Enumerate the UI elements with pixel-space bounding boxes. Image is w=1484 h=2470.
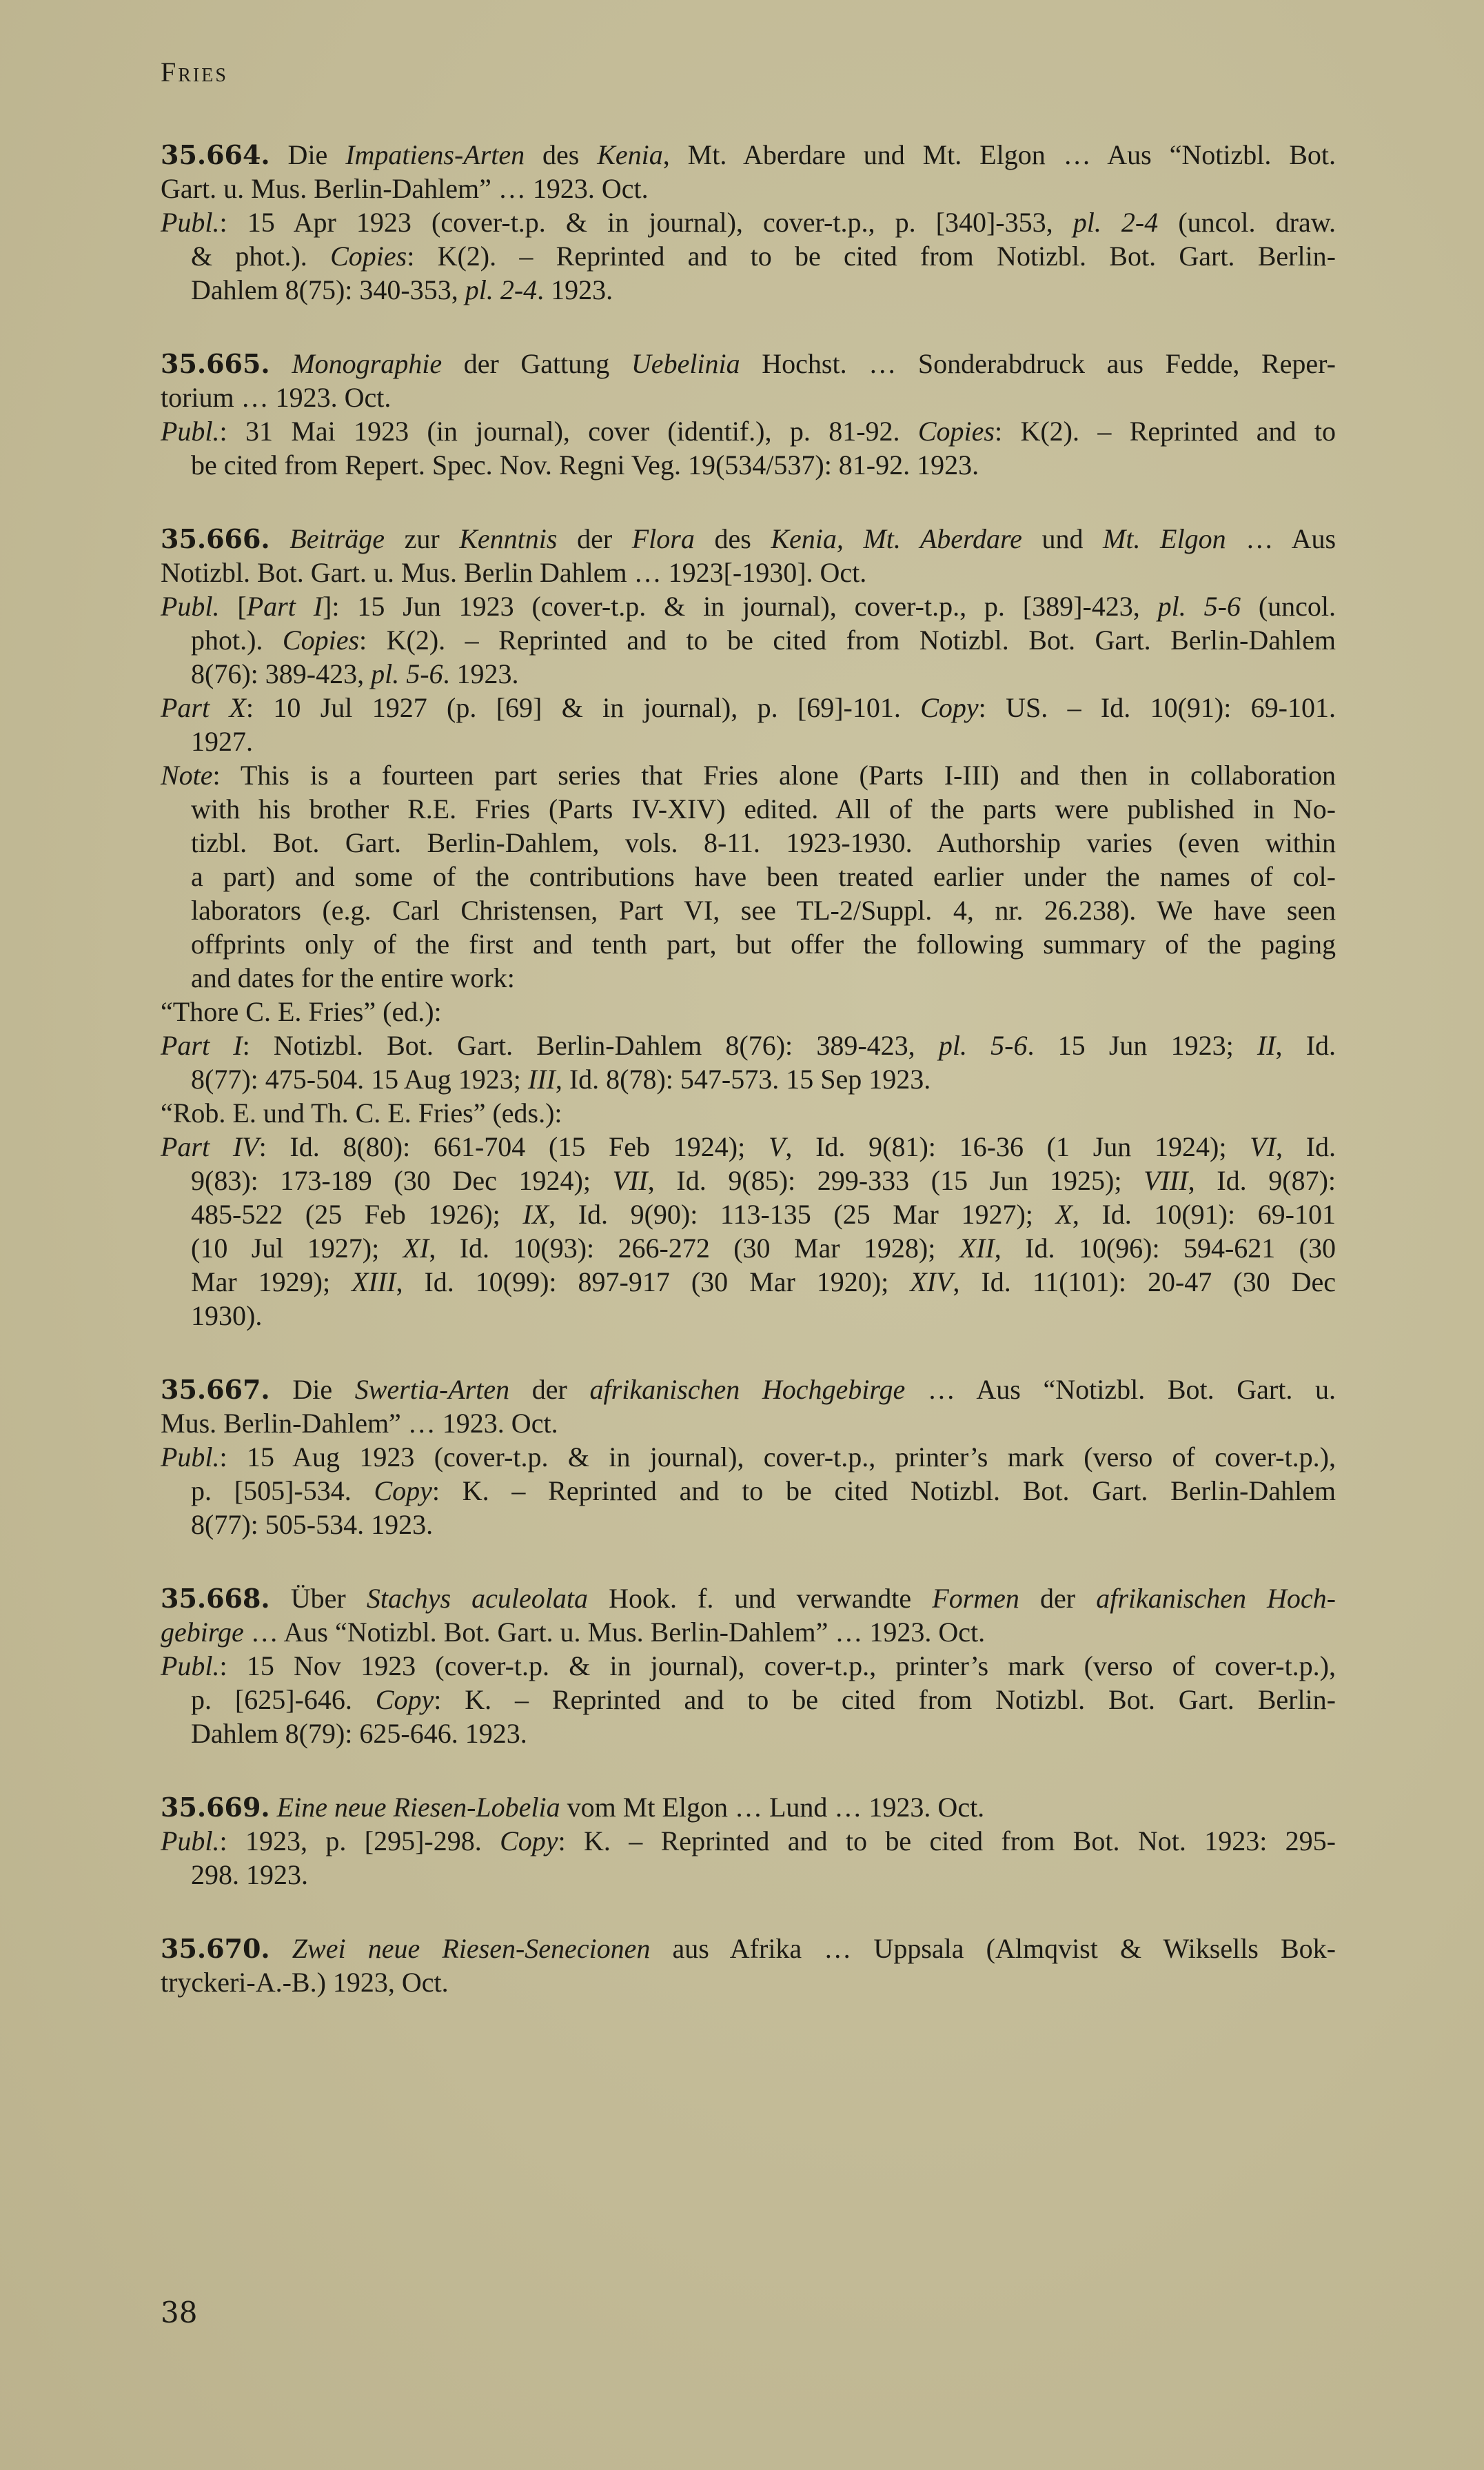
italic-text: XI — [403, 1233, 429, 1264]
italic-text: III — [528, 1064, 556, 1095]
text-run: offprints only of the first and tenth pa… — [191, 929, 1336, 960]
entry-line: Publ.: 15 Aug 1923 (cover-t.p. & in jour… — [161, 1440, 1336, 1474]
entry-line: 35.664. Die Impatiens-Arten des Kenia, M… — [161, 138, 1336, 172]
text-run: 9(83): 173-189 (30 Dec 1924); — [191, 1165, 613, 1196]
italic-text: Mt. Elgon — [1103, 523, 1226, 554]
italic-text: Publ. — [161, 1441, 220, 1472]
italic-text: Publ. — [161, 1650, 220, 1681]
entry-line: Publ. [Part I]: 15 Jun 1923 (cover-t.p. … — [161, 589, 1336, 623]
text-run: aus Afrika … Uppsala (Almqvist & Wiksell… — [650, 1933, 1336, 1964]
text-run — [270, 523, 290, 554]
italic-text: II — [1257, 1030, 1276, 1061]
entry-number: 35.664. — [161, 139, 270, 170]
text-run: and dates for the entire work: — [191, 962, 515, 993]
italic-text: Beiträge — [289, 523, 385, 554]
entry-line: gebirge … Aus “Notizbl. Bot. Gart. u. Mu… — [161, 1615, 1336, 1649]
italic-text: X — [1055, 1199, 1072, 1230]
text-run: der Gattung — [442, 348, 631, 379]
text-run: “Rob. E. und Th. C. E. Fries” (eds.): — [161, 1097, 562, 1128]
entry-line: (10 Jul 1927); XI, Id. 10(93): 266-272 (… — [161, 1231, 1336, 1265]
bibliography-entry: 35.669. Eine neue Riesen-Lobelia vom Mt … — [161, 1790, 1401, 1892]
text-run: (uncol. — [1241, 591, 1336, 622]
entry-number: 35.669. — [161, 1792, 270, 1823]
entry-line: tizbl. Bot. Gart. Berlin-Dahlem, vols. 8… — [161, 826, 1336, 860]
entry-line: Publ.: 31 Mai 1923 (in journal), cover (… — [161, 414, 1336, 448]
italic-text: Copies — [918, 416, 995, 447]
bibliography-entry: 35.668. Über Stachys aculeolata Hook. f.… — [161, 1581, 1401, 1750]
entry-line: offprints only of the first and tenth pa… — [161, 927, 1336, 961]
text-run — [270, 1933, 292, 1964]
text-run: : 15 Aug 1923 (cover-t.p. & in journal),… — [220, 1441, 1336, 1472]
italic-text: pl. 2-4 — [465, 274, 537, 305]
italic-text: pl. 2-4 — [1073, 207, 1159, 238]
entry-line: Publ.: 1923, p. [295]-298. Copy: K. – Re… — [161, 1824, 1336, 1858]
entry-line: be cited from Repert. Spec. Nov. Regni V… — [161, 448, 1336, 482]
text-run: Die — [270, 139, 346, 170]
italic-text: Swertia-Arten — [355, 1374, 509, 1405]
text-run: (10 Jul 1927); — [191, 1233, 403, 1264]
text-run: be cited from Repert. Spec. Nov. Regni V… — [191, 449, 979, 480]
italic-text: Zwei neue Riesen-Senecionen — [292, 1933, 651, 1964]
entry-line: & phot.). Copies: K(2). – Reprinted and … — [161, 239, 1336, 273]
text-run: : Id. 8(80): 661-704 (15 Feb 1924); — [259, 1131, 769, 1162]
text-run: der — [1019, 1583, 1096, 1614]
text-run: … Aus “Notizbl. Bot. Gart. u. Mus. Berli… — [244, 1617, 985, 1648]
italic-text: Publ. — [161, 1825, 220, 1856]
text-run: : US. – Id. 10(91): 69-101. — [979, 692, 1336, 723]
text-run: vom Mt Elgon … Lund … 1923. Oct. — [560, 1792, 985, 1823]
text-run: : This is a fourteen part series that Fr… — [213, 760, 1336, 791]
entry-line: 35.665. Monographie der Gattung Uebelini… — [161, 347, 1336, 381]
text-run: , Id. 9(85): 299-333 (15 Jun 1925); — [648, 1165, 1144, 1196]
italic-text: Part IV — [161, 1131, 259, 1162]
italic-text: Publ. — [161, 207, 220, 238]
entry-line: Note: This is a fourteen part series tha… — [161, 758, 1336, 792]
text-run: 8(76): 389-423, — [191, 658, 371, 689]
italic-text: IX — [522, 1199, 549, 1230]
entry-line: “Rob. E. und Th. C. E. Fries” (eds.): — [161, 1096, 1336, 1130]
text-run: , Mt. Aberdare und Mt. Elgon … Aus “Noti… — [663, 139, 1336, 170]
entry-line: 35.668. Über Stachys aculeolata Hook. f.… — [161, 1581, 1336, 1615]
text-run: , Id. 10(93): 266-272 (30 Mar 1928); — [429, 1233, 959, 1264]
text-run: : K. – Reprinted and to be cited from Bo… — [558, 1825, 1336, 1856]
entry-line: Notizbl. Bot. Gart. u. Mus. Berlin Dahle… — [161, 556, 1336, 589]
italic-text: Copy — [376, 1684, 434, 1715]
text-run: : 15 Nov 1923 (cover-t.p. & in journal),… — [220, 1650, 1336, 1681]
text-run: , Id. 9(87): — [1188, 1165, 1336, 1196]
text-run: Über — [270, 1583, 367, 1614]
text-run: Hochst. … Sonderabdruck aus Fedde, Reper… — [740, 348, 1336, 379]
entry-line: laborators (e.g. Carl Christensen, Part … — [161, 893, 1336, 927]
entry-number: 35.670. — [161, 1933, 270, 1964]
page-number: 38 — [161, 2296, 197, 2329]
entry-line: 9(83): 173-189 (30 Dec 1924); VII, Id. 9… — [161, 1164, 1336, 1197]
italic-text: Kenntnis — [459, 523, 557, 554]
text-run: des — [525, 139, 597, 170]
italic-text: pl. 5-6 — [1158, 591, 1241, 622]
bibliography-entry: 35.666. Beiträge zur Kenntnis der Flora … — [161, 522, 1401, 1333]
italic-text: Impatiens-Arten — [345, 139, 525, 170]
text-run: [ — [220, 591, 247, 622]
text-run: : K. – Reprinted and to be cited from No… — [434, 1684, 1336, 1715]
entry-line: Part IV: Id. 8(80): 661-704 (15 Feb 1924… — [161, 1130, 1336, 1164]
text-run: Notizbl. Bot. Gart. u. Mus. Berlin Dahle… — [161, 557, 866, 588]
text-run: 298. 1923. — [191, 1859, 308, 1890]
bibliography-entry: 35.665. Monographie der Gattung Uebelini… — [161, 347, 1401, 482]
running-head: Fries — [161, 55, 1401, 90]
italic-text: VIII — [1144, 1165, 1188, 1196]
text-run: 1930). — [191, 1300, 262, 1331]
italic-text: VII — [613, 1165, 648, 1196]
entry-line: Dahlem 8(79): 625-646. 1923. — [161, 1717, 1336, 1750]
text-run: , Id. — [1276, 1030, 1336, 1061]
text-run: und — [1022, 523, 1103, 554]
italic-text: Copy — [374, 1475, 431, 1506]
entry-line: Publ.: 15 Apr 1923 (cover-t.p. & in jour… — [161, 205, 1336, 239]
text-run: p. [505]-534. — [191, 1475, 374, 1506]
entry-line: 35.666. Beiträge zur Kenntnis der Flora … — [161, 522, 1336, 556]
italic-text: XIII — [352, 1266, 396, 1297]
entry-line: p. [505]-534. Copy: K. – Reprinted and t… — [161, 1474, 1336, 1508]
text-run: : K. – Reprinted and to be cited Notizbl… — [432, 1475, 1336, 1506]
text-run: p. [625]-646. — [191, 1684, 376, 1715]
text-run — [270, 348, 292, 379]
text-run: … Aus — [1226, 523, 1336, 554]
text-run: , Id. 10(91): 69-101 — [1073, 1199, 1336, 1230]
entry-line: 8(77): 475-504. 15 Aug 1923; III, Id. 8(… — [161, 1062, 1336, 1096]
italic-text: pl. 5-6 — [939, 1030, 1028, 1061]
text-run: Mus. Berlin-Dahlem” … 1923. Oct. — [161, 1408, 558, 1439]
italic-text: Kenia, Mt. Aberdare — [771, 523, 1022, 554]
italic-text: Copy — [500, 1825, 558, 1856]
text-run: : K(2). – Reprinted and to — [995, 416, 1336, 447]
text-run: with his brother R.E. Fries (Parts IV-XI… — [191, 793, 1336, 824]
text-run: . 1923. — [443, 658, 519, 689]
entry-line: 1930). — [161, 1299, 1336, 1333]
italic-text: gebirge — [161, 1617, 244, 1648]
italic-text: Publ. — [161, 591, 220, 622]
entry-line: Part X: 10 Jul 1927 (p. [69] & in journa… — [161, 691, 1336, 725]
text-run: tizbl. Bot. Gart. Berlin-Dahlem, vols. 8… — [191, 827, 1336, 858]
entry-number: 35.667. — [161, 1374, 270, 1405]
entry-line: and dates for the entire work: — [161, 961, 1336, 995]
text-run: , Id. 11(101): 20-47 (30 Dec — [953, 1266, 1336, 1297]
italic-text: afrikanischen Hoch- — [1096, 1583, 1336, 1614]
text-run: tryckeri-A.-B.) 1923, Oct. — [161, 1967, 449, 1998]
bibliography-entry: 35.664. Die Impatiens-Arten des Kenia, M… — [161, 138, 1401, 307]
italic-text: Stachys aculeolata — [367, 1583, 588, 1614]
entry-line: 35.669. Eine neue Riesen-Lobelia vom Mt … — [161, 1790, 1336, 1824]
text-run: Gart. u. Mus. Berlin-Dahlem” … 1923. Oct… — [161, 173, 649, 204]
italic-text: Copies — [330, 241, 407, 272]
text-run: des — [695, 523, 771, 554]
text-run: phot.). — [191, 625, 283, 656]
text-run: zur — [385, 523, 459, 554]
italic-text: Note — [161, 760, 213, 791]
entry-line: p. [625]-646. Copy: K. – Reprinted and t… — [161, 1683, 1336, 1717]
italic-text: XIV — [910, 1266, 953, 1297]
text-run: 8(77): 505-534. 1923. — [191, 1509, 433, 1540]
entry-line: with his brother R.E. Fries (Parts IV-XI… — [161, 792, 1336, 826]
italic-text: Copies — [283, 625, 359, 656]
text-run: , Id. 9(81): 16-36 (1 Jun 1924); — [785, 1131, 1250, 1162]
text-run: : 1923, p. [295]-298. — [220, 1825, 500, 1856]
text-run: Mar 1929); — [191, 1266, 352, 1297]
italic-text: afrikanischen Hochgebirge — [590, 1374, 906, 1405]
entry-number: 35.668. — [161, 1583, 270, 1614]
entry-line: 8(77): 505-534. 1923. — [161, 1508, 1336, 1541]
entries-list: 35.664. Die Impatiens-Arten des Kenia, M… — [161, 138, 1401, 1999]
text-run: , Id. 9(90): 113-135 (25 Mar 1927); — [549, 1199, 1055, 1230]
entry-line: a part) and some of the contributions ha… — [161, 860, 1336, 893]
entry-number: 35.666. — [161, 523, 270, 554]
entry-line: Gart. u. Mus. Berlin-Dahlem” … 1923. Oct… — [161, 172, 1336, 205]
text-run: 1927. — [191, 726, 253, 757]
text-run: Dahlem 8(75): 340-353, — [191, 274, 465, 305]
bibliography-page: Fries 35.664. Die Impatiens-Arten des Ke… — [161, 55, 1401, 2039]
italic-text: Eine neue Riesen-Lobelia — [277, 1792, 560, 1823]
text-run: 8(77): 475-504. 15 Aug 1923; — [191, 1064, 528, 1095]
text-run: & phot.). — [191, 241, 330, 272]
entry-number: 35.665. — [161, 348, 270, 379]
text-run: Die — [270, 1374, 355, 1405]
entry-line: 298. 1923. — [161, 1858, 1336, 1892]
bibliography-entry: 35.670. Zwei neue Riesen-Senecionen aus … — [161, 1932, 1401, 1999]
text-run: “Thore C. E. Fries” (ed.): — [161, 996, 442, 1027]
italic-text: Monographie — [292, 348, 442, 379]
text-run: : K(2). – Reprinted and to be cited from… — [407, 241, 1336, 272]
text-run: a part) and some of the contributions ha… — [191, 861, 1336, 892]
text-run: , Id. — [1276, 1131, 1336, 1162]
text-run: laborators (e.g. Carl Christensen, Part … — [191, 895, 1336, 926]
italic-text: Formen — [932, 1583, 1019, 1614]
text-run: , Id. 10(96): 594-621 (30 — [995, 1233, 1336, 1264]
text-run: 485-522 (25 Feb 1926); — [191, 1199, 522, 1230]
entry-line: Mus. Berlin-Dahlem” … 1923. Oct. — [161, 1406, 1336, 1440]
italic-text: Flora — [632, 523, 695, 554]
entry-line: 485-522 (25 Feb 1926); IX, Id. 9(90): 11… — [161, 1197, 1336, 1231]
text-run: Hook. f. und verwandte — [588, 1583, 932, 1614]
entry-line: “Thore C. E. Fries” (ed.): — [161, 995, 1336, 1029]
entry-line: Publ.: 15 Nov 1923 (cover-t.p. & in jour… — [161, 1649, 1336, 1683]
italic-text: Copy — [920, 692, 978, 723]
italic-text: Uebelinia — [631, 348, 740, 379]
entry-line: 35.667. Die Swertia-Arten der afrikanisc… — [161, 1373, 1336, 1406]
text-run: : Notizbl. Bot. Gart. Berlin-Dahlem 8(76… — [243, 1030, 939, 1061]
text-run: der — [509, 1374, 589, 1405]
italic-text: VI — [1250, 1131, 1276, 1162]
entry-line: Dahlem 8(75): 340-353, pl. 2-4. 1923. — [161, 273, 1336, 307]
entry-line: Part I: Notizbl. Bot. Gart. Berlin-Dahle… — [161, 1029, 1336, 1062]
text-run — [270, 1792, 277, 1823]
text-run: der — [557, 523, 631, 554]
text-run: (uncol. draw. — [1158, 207, 1336, 238]
text-run: : 10 Jul 1927 (p. [69] & in journal), p.… — [246, 692, 920, 723]
italic-text: Publ. — [161, 416, 220, 447]
entry-line: 8(76): 389-423, pl. 5-6. 1923. — [161, 657, 1336, 691]
entry-line: 1927. — [161, 725, 1336, 758]
italic-text: pl. 5-6 — [371, 658, 443, 689]
italic-text: V — [769, 1131, 785, 1162]
entry-line: torium … 1923. Oct. — [161, 381, 1336, 414]
italic-text: Part I — [161, 1030, 243, 1061]
entry-line: 35.670. Zwei neue Riesen-Senecionen aus … — [161, 1932, 1336, 1965]
text-run: : 15 Apr 1923 (cover-t.p. & in journal),… — [220, 207, 1073, 238]
entry-line: Mar 1929); XIII, Id. 10(99): 897-917 (30… — [161, 1265, 1336, 1299]
text-run: , Id. 10(99): 897-917 (30 Mar 1920); — [396, 1266, 910, 1297]
italic-text: Kenia — [597, 139, 663, 170]
text-run: . 15 Jun 1923; — [1027, 1030, 1257, 1061]
text-run: … Aus “Notizbl. Bot. Gart. u. — [905, 1374, 1336, 1405]
bibliography-entry: 35.667. Die Swertia-Arten der afrikanisc… — [161, 1373, 1401, 1541]
italic-text: Part X — [161, 692, 246, 723]
italic-text: XII — [959, 1233, 995, 1264]
text-run: : 31 Mai 1923 (in journal), cover (ident… — [220, 416, 918, 447]
text-run: . 1923. — [537, 274, 613, 305]
entry-line: phot.). Copies: K(2). – Reprinted and to… — [161, 623, 1336, 657]
text-run: ]: 15 Jun 1923 (cover-t.p. & in journal)… — [323, 591, 1158, 622]
text-run: : K(2). – Reprinted and to be cited from… — [359, 625, 1336, 656]
text-run: , Id. 8(78): 547-573. 15 Sep 1923. — [556, 1064, 931, 1095]
text-run: Dahlem 8(79): 625-646. 1923. — [191, 1718, 527, 1749]
italic-text: Part I — [247, 591, 323, 622]
entry-line: tryckeri-A.-B.) 1923, Oct. — [161, 1965, 1336, 1999]
text-run: torium … 1923. Oct. — [161, 382, 391, 413]
